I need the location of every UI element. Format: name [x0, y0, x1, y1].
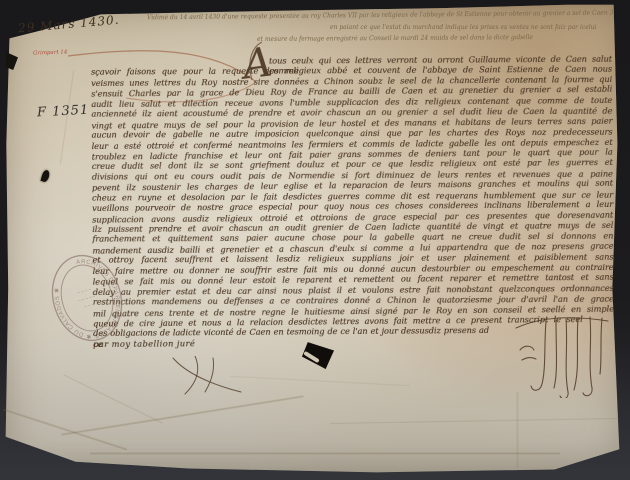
manuscript-text-block: tous ceulx qui ces lettres verront ou or…: [91, 53, 614, 349]
red-ink-annotation: Grimpart 14: [33, 49, 68, 56]
notary-signature-flourish: [512, 308, 614, 398]
closing-flourish: [165, 356, 257, 400]
shelfmark-annotation: F 1351: [37, 103, 90, 121]
header-annotation-line-2: en paiant ce que l'estat du marchand ind…: [330, 24, 614, 31]
manuscript-body: sçavoir faisons que pour la requeste des…: [91, 63, 614, 318]
stamp-center-line: ~~~: [84, 303, 96, 311]
scan-background: 29 Mars 1430. Grimpart 14 F 1351 Vidimé …: [0, 0, 630, 480]
